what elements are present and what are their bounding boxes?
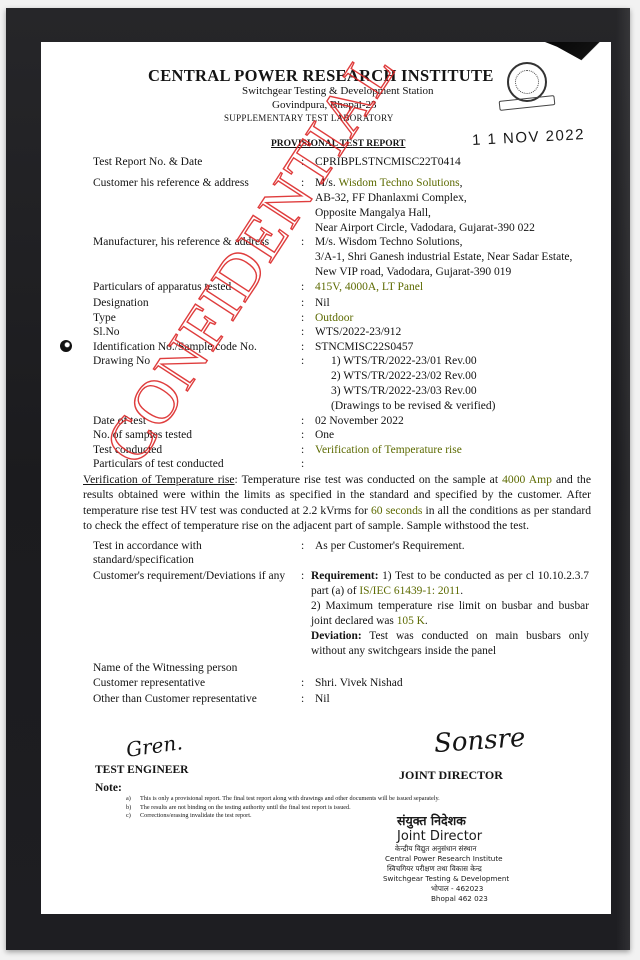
note-item: b)The results are not binding on the tes…: [126, 804, 440, 813]
drawing-note: (Drawings to be revised & verified): [331, 399, 495, 414]
date-stamp: 1 1 NOV 2022: [472, 126, 586, 149]
engineer-signature: Gren.: [125, 730, 184, 762]
customer-address-line: Near Airport Circle, Vadodara, Gujarat-3…: [315, 221, 535, 236]
document-page: CENTRAL POWER RESEARCH INSTITUTE Switchg…: [41, 42, 611, 914]
station-location: Govindpura, Bhopal-23: [272, 99, 376, 111]
note-item: a)This is only a provisional report. The…: [126, 795, 440, 804]
joint-director-label: JOINT DIRECTOR: [399, 768, 503, 783]
drawing-item: 1) WTS/TR/2022-23/01 Rev.00: [331, 354, 477, 369]
manufacturer-address-line: 3/A-1, Shri Ganesh industrial Estate, Ne…: [315, 250, 572, 265]
test-engineer-label: TEST ENGINEER: [95, 764, 188, 776]
manufacturer-address-line: New VIP road, Vadodara, Gujarat-390 019: [315, 265, 511, 280]
punch-hole-icon: [60, 340, 72, 352]
drawing-item: 3) WTS/TR/2022-23/03 Rev.00: [331, 384, 477, 399]
page-curl: [545, 42, 605, 102]
report-title: PROVISIONAL TEST REPORT: [271, 139, 405, 149]
emblem-ribbon-icon: [499, 95, 556, 111]
requirement-text: Requirement: 1) Test to be conducted as …: [311, 569, 589, 659]
laboratory-name: SUPPLEMENTARY TEST LABORATORY: [224, 113, 394, 123]
customer-address-line: AB-32, FF Dhanlaxmi Complex,: [315, 191, 467, 206]
report-number: CPRIBPLSTNCMISC22T0414: [315, 155, 461, 170]
note-label: Note:: [95, 782, 122, 794]
director-signature: Sonsre: [433, 723, 526, 759]
customer-name: Wisdom Techno Solutions: [338, 177, 459, 189]
official-stamp: संयुक्त निदेशक Joint Director केन्द्रीय …: [381, 812, 509, 904]
drawing-item: 2) WTS/TR/2022-23/02 Rev.00: [331, 369, 477, 384]
station-name: Switchgear Testing & Development Station: [242, 85, 434, 97]
customer-address-line: Opposite Mangalya Hall,: [315, 206, 431, 221]
test-description: Verification of Temperature rise: Temper…: [83, 472, 591, 533]
institute-name: CENTRAL POWER RESEARCH INSTITUTE: [148, 66, 494, 86]
